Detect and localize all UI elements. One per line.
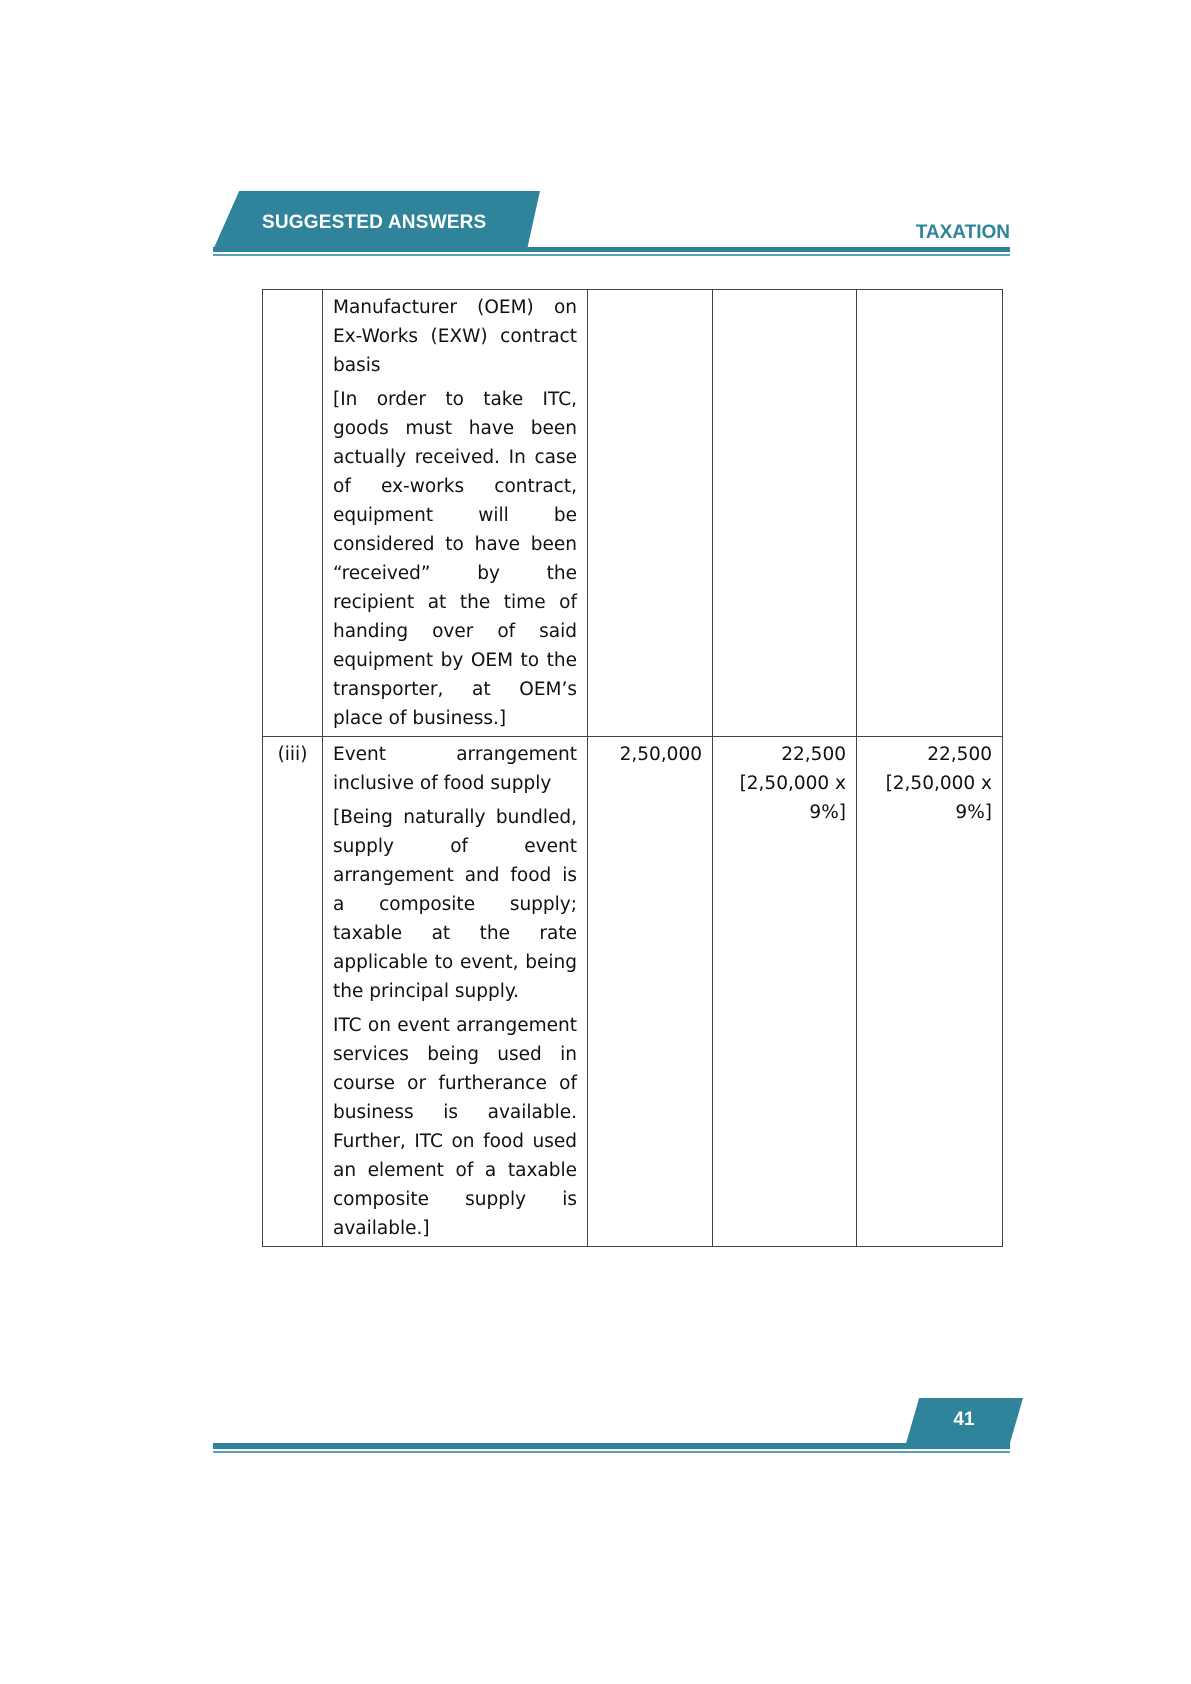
header-rule: [213, 247, 1010, 252]
answer-table: Manufacturer (OEM) on Ex-Works (EXW) con…: [262, 289, 1003, 1247]
cell-sgst: 22,500 [2,50,000 x 9%]: [857, 737, 1003, 1247]
sgst-calculation: [2,50,000 x 9%]: [867, 769, 992, 827]
header-rule-thin: [213, 254, 1010, 256]
cell-cgst: [713, 290, 857, 737]
cell-particulars: Manufacturer (OEM) on Ex-Works (EXW) con…: [323, 290, 588, 737]
cell-value: [588, 290, 713, 737]
particulars-note: [Being naturally bundled, supply of even…: [333, 803, 577, 1006]
particulars-note: [In order to take ITC, goods must have b…: [333, 385, 577, 733]
cgst-calculation: [2,50,000 x 9%]: [723, 769, 846, 827]
particulars-text: Manufacturer (OEM) on Ex-Works (EXW) con…: [333, 293, 577, 380]
section-label: SUGGESTED ANSWERS: [262, 212, 486, 234]
cell-particulars: Event arrangement inclusive of food supp…: [323, 737, 588, 1247]
cgst-amount: 22,500: [723, 740, 846, 769]
footer-rule: [213, 1443, 1010, 1449]
sgst-amount: 22,500: [867, 740, 992, 769]
cell-sno: [263, 290, 323, 737]
cell-value: 2,50,000: [588, 737, 713, 1247]
page-number: 41: [905, 1409, 1023, 1431]
footer-rule-thin: [213, 1451, 1010, 1453]
particulars-note: ITC on event arrangement services being …: [333, 1011, 577, 1243]
cell-sgst: [857, 290, 1003, 737]
table-row: (iii) Event arrangement inclusive of foo…: [263, 737, 1003, 1247]
cell-cgst: 22,500 [2,50,000 x 9%]: [713, 737, 857, 1247]
table-row: Manufacturer (OEM) on Ex-Works (EXW) con…: [263, 290, 1003, 737]
particulars-text: Event arrangement inclusive of food supp…: [333, 740, 577, 798]
cell-sno: (iii): [263, 737, 323, 1247]
subject-title: TAXATION: [916, 222, 1010, 244]
